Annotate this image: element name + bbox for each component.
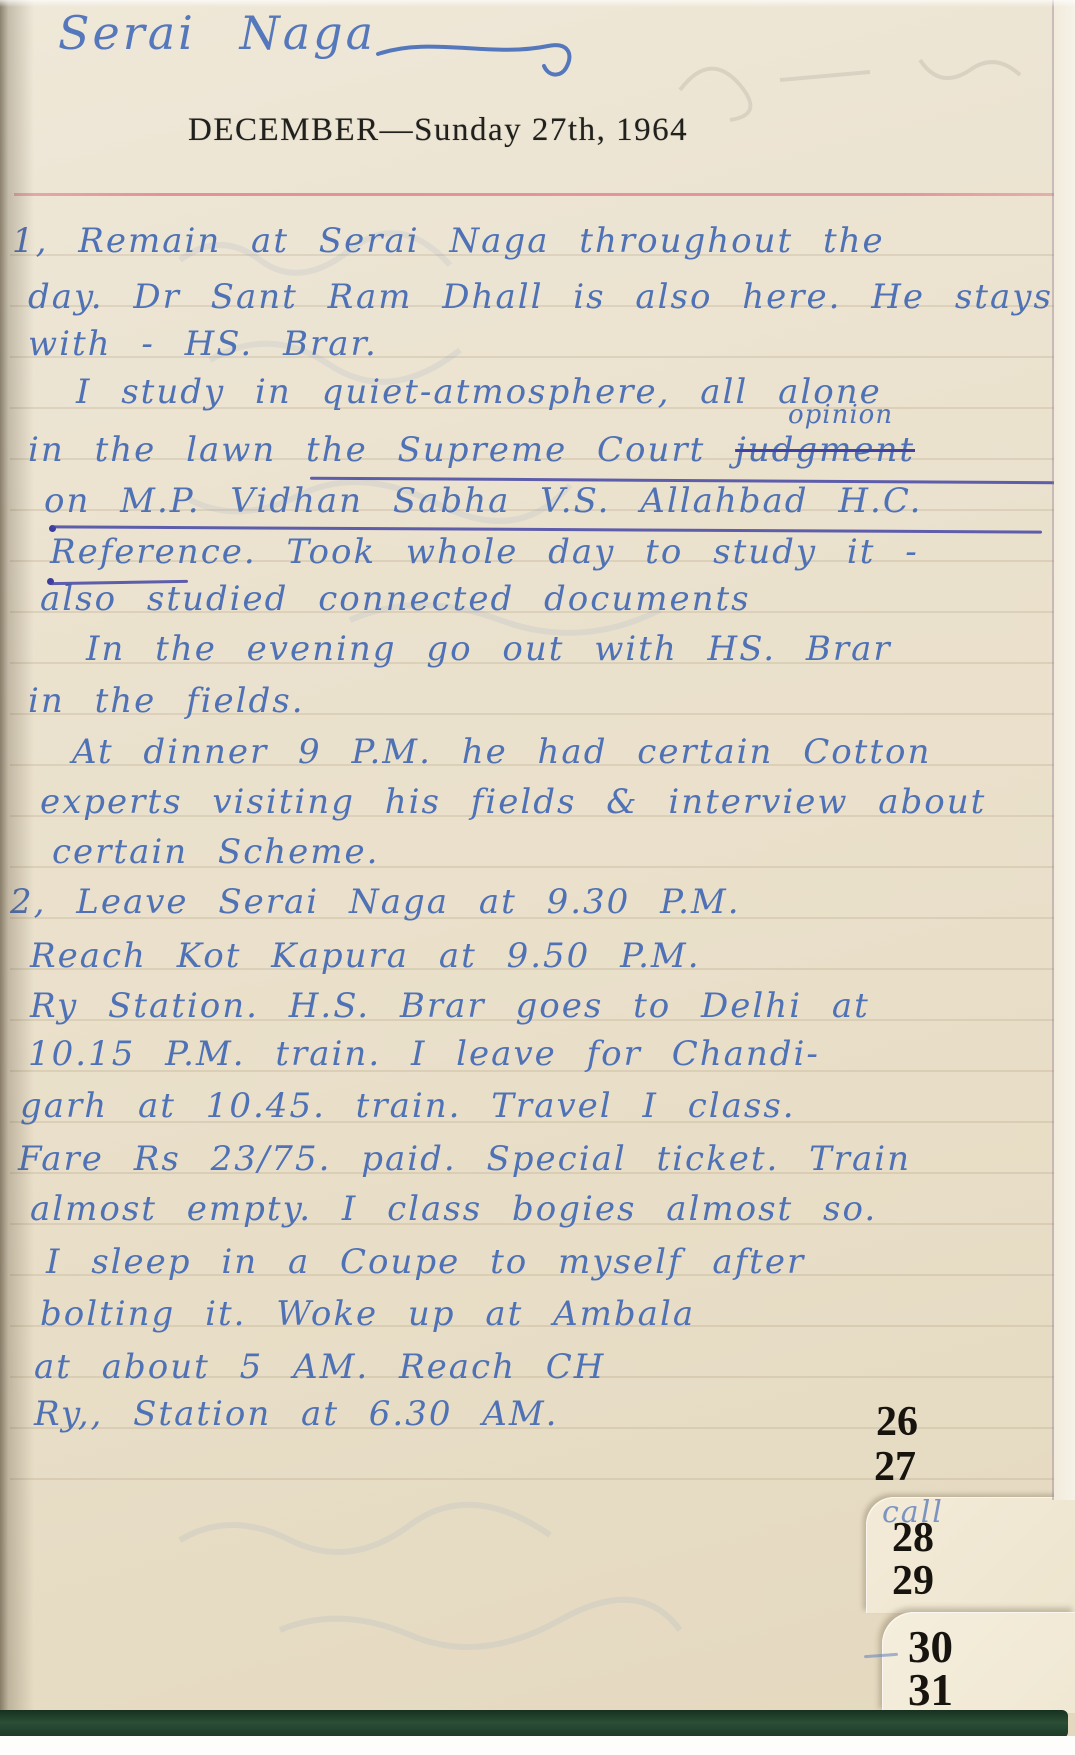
date-tab-26: 26 [876, 1398, 918, 1446]
diary-line: Ry,, Station at 6.30 AM. [34, 1394, 558, 1434]
struck-word: judgment [735, 430, 915, 470]
scan-background [0, 1736, 1075, 1755]
bleed-through-ghost [140, 1480, 940, 1700]
diary-line: At dinner 9 P.M. he had certain Cotton [72, 732, 931, 772]
diary-line: also studied connected documents [40, 579, 751, 619]
diary-line: with - HS. Brar. [28, 324, 378, 364]
bleed-through-ghost [660, 20, 1060, 150]
diary-line: 1, Remain at Serai Naga throughout the [12, 221, 885, 261]
date-header: DECEMBER—Sunday 27th, 1964 [188, 112, 688, 149]
diary-line: 2, Leave Serai Naga at 9.30 P.M. [10, 882, 741, 922]
diary-line: Reach Kot Kapura at 9.50 P.M. [30, 936, 701, 976]
page-right-edge [1054, 0, 1075, 1500]
diary-line: I sleep in a Coupe to myself after [46, 1242, 805, 1282]
diary-line-text: in the lawn the Supreme Court [28, 430, 735, 470]
date-divider-rule [14, 193, 1056, 196]
diary-line: Ry Station. H.S. Brar goes to Delhi at [30, 986, 870, 1026]
book-cover-edge [0, 1710, 1068, 1738]
diary-line: on M.P. Vidhan Sabha V.S. Allahbad H.C. [44, 481, 922, 521]
diary-line: almost empty. I class bogies almost so. [30, 1189, 877, 1229]
diary-line: Reference. Took whole day to study it - [50, 532, 919, 572]
diary-line: 10.15 P.M. train. I leave for Chandi- [28, 1034, 820, 1074]
diary-line: in the lawn the Supreme Court judgment [28, 430, 915, 470]
diary-line: certain Scheme. [52, 832, 379, 872]
diary-line: In the evening go out with HS. Brar [86, 629, 892, 669]
diary-line: at about 5 AM. Reach CH [34, 1347, 605, 1387]
page-right-edge-line [1052, 0, 1054, 1500]
date-tab-31: 31 [908, 1664, 953, 1716]
location-title: Serai Naga [58, 6, 376, 60]
inserted-correction-word: opinion [788, 400, 893, 430]
diary-line: experts visiting his fields & interview … [40, 782, 986, 822]
diary-line: garh at 10.45. train. Travel I class. [20, 1086, 796, 1126]
date-tab-28: 28 [892, 1514, 934, 1562]
diary-line: Fare Rs 23/75. paid. Special ticket. Tra… [18, 1139, 911, 1179]
page-top-edge [0, 0, 1075, 7]
diary-page: Serai Naga DECEMBER—Sunday 27th, 1964 1,… [0, 0, 1075, 1740]
date-tab-29: 29 [892, 1557, 934, 1605]
diary-line: bolting it. Woke up at Ambala [40, 1294, 695, 1334]
diary-line: I study in quiet-atmosphere, all alone [76, 372, 882, 412]
date-tab-27: 27 [874, 1443, 916, 1491]
diary-line: day. Dr Sant Ram Dhall is also here. He … [28, 277, 1053, 317]
title-flourish [370, 24, 590, 94]
diary-page-scan: Serai Naga DECEMBER—Sunday 27th, 1964 1,… [0, 0, 1075, 1755]
binding-shadow [0, 0, 34, 1740]
diary-line: in the fields. [28, 681, 305, 721]
